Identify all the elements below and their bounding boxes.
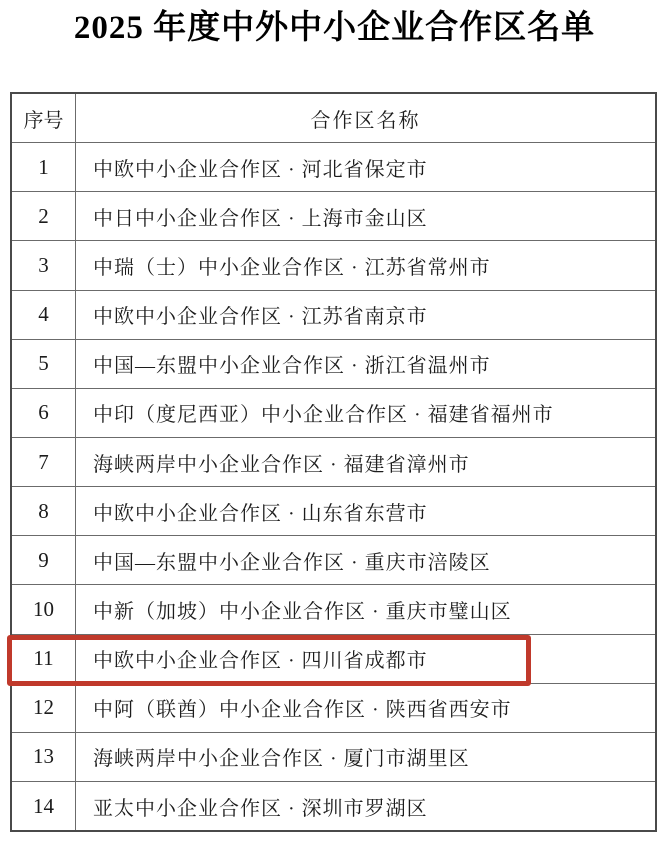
row-index: 14 (12, 782, 76, 830)
table-row: 14 亚太中小企业合作区 · 深圳市罗湖区 (12, 781, 655, 830)
table-row: 2 中日中小企业合作区 · 上海市金山区 (12, 191, 655, 240)
cooperation-zone-table: 序号 合作区名称 1 中欧中小企业合作区 · 河北省保定市 2 中日中小企业合作… (10, 92, 657, 832)
zone-name: 亚太中小企业合作区 · 深圳市罗湖区 (76, 782, 655, 830)
table-row: 4 中欧中小企业合作区 · 江苏省南京市 (12, 290, 655, 339)
table-row: 7 海峡两岸中小企业合作区 · 福建省漳州市 (12, 437, 655, 486)
table-row: 6 中印（度尼西亚）中小企业合作区 · 福建省福州市 (12, 388, 655, 437)
table-row: 12 中阿（联酋）中小企业合作区 · 陕西省西安市 (12, 683, 655, 732)
header-name-cell: 合作区名称 (76, 94, 655, 142)
zone-name: 中国—东盟中小企业合作区 · 浙江省温州市 (76, 340, 655, 388)
row-index: 1 (12, 143, 76, 191)
header-index-cell: 序号 (12, 94, 76, 142)
row-index: 4 (12, 291, 76, 339)
table-row: 8 中欧中小企业合作区 · 山东省东营市 (12, 486, 655, 535)
zone-name: 海峡两岸中小企业合作区 · 厦门市湖里区 (76, 733, 655, 781)
table-row: 5 中国—东盟中小企业合作区 · 浙江省温州市 (12, 339, 655, 388)
row-index: 11 (12, 635, 76, 683)
row-index: 12 (12, 684, 76, 732)
zone-name: 中国—东盟中小企业合作区 · 重庆市涪陵区 (76, 536, 655, 584)
table-header-row: 序号 合作区名称 (12, 94, 655, 142)
row-index: 9 (12, 536, 76, 584)
zone-name: 中欧中小企业合作区 · 河北省保定市 (76, 143, 655, 191)
zone-name: 中日中小企业合作区 · 上海市金山区 (76, 192, 655, 240)
row-index: 7 (12, 438, 76, 486)
table-row-highlighted: 11 中欧中小企业合作区 · 四川省成都市 (12, 634, 655, 683)
table-row: 13 海峡两岸中小企业合作区 · 厦门市湖里区 (12, 732, 655, 781)
zone-name: 中欧中小企业合作区 · 江苏省南京市 (76, 291, 655, 339)
row-index: 3 (12, 241, 76, 289)
row-index: 10 (12, 585, 76, 633)
table-row: 10 中新（加坡）中小企业合作区 · 重庆市璧山区 (12, 584, 655, 633)
zone-name: 海峡两岸中小企业合作区 · 福建省漳州市 (76, 438, 655, 486)
zone-name: 中瑞（士）中小企业合作区 · 江苏省常州市 (76, 241, 655, 289)
row-index: 5 (12, 340, 76, 388)
row-index: 13 (12, 733, 76, 781)
row-index: 6 (12, 389, 76, 437)
document-page: 2025 年度中外中小企业合作区名单 序号 合作区名称 1 中欧中小企业合作区 … (0, 0, 669, 846)
row-index: 8 (12, 487, 76, 535)
table-row: 9 中国—东盟中小企业合作区 · 重庆市涪陵区 (12, 535, 655, 584)
zone-name: 中阿（联酋）中小企业合作区 · 陕西省西安市 (76, 684, 655, 732)
table-row: 3 中瑞（士）中小企业合作区 · 江苏省常州市 (12, 240, 655, 289)
zone-name: 中欧中小企业合作区 · 四川省成都市 (76, 635, 655, 683)
zone-name: 中欧中小企业合作区 · 山东省东营市 (76, 487, 655, 535)
zone-name: 中新（加坡）中小企业合作区 · 重庆市璧山区 (76, 585, 655, 633)
table-row: 1 中欧中小企业合作区 · 河北省保定市 (12, 142, 655, 191)
row-index: 2 (12, 192, 76, 240)
zone-name: 中印（度尼西亚）中小企业合作区 · 福建省福州市 (76, 389, 655, 437)
page-title: 2025 年度中外中小企业合作区名单 (0, 0, 669, 50)
